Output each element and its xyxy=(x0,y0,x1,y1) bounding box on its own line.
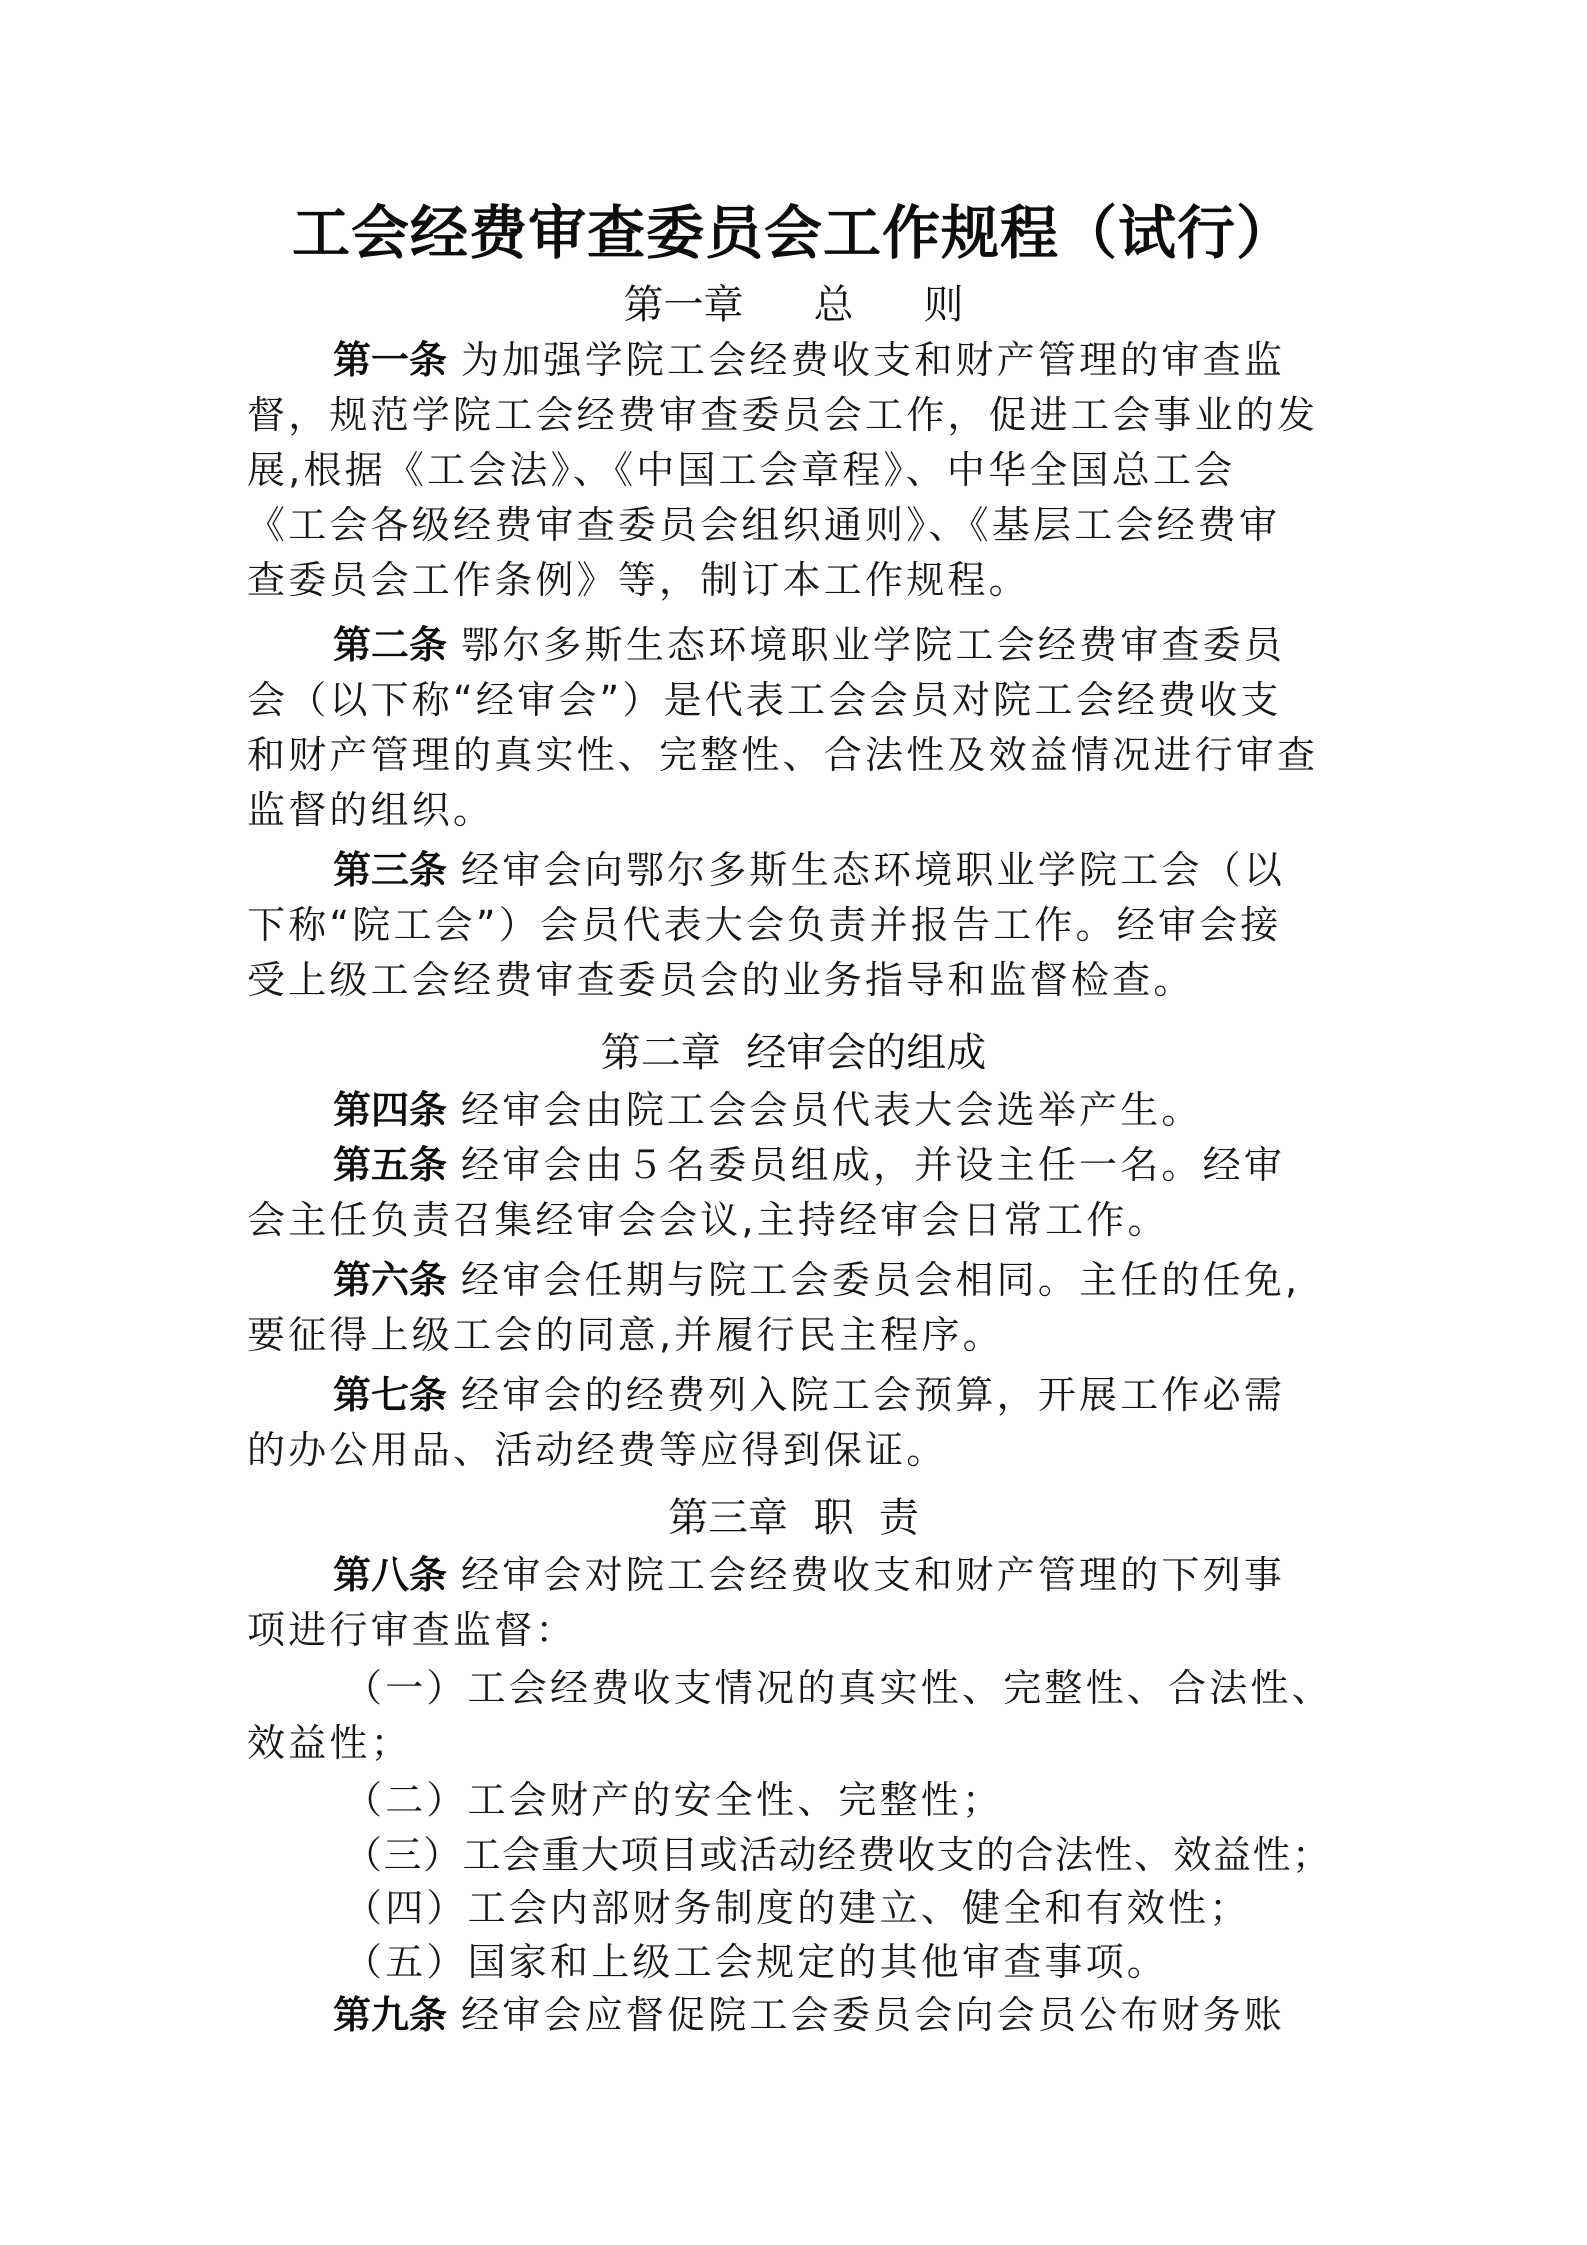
article-3-text: 经审会向鄂尔多斯生态环境职业学院工会（以 xyxy=(461,848,1285,892)
article-2-number: 第二条 xyxy=(333,623,447,667)
article-9-line-1: 第九条经审会应督促院工会委员会向会员公布财务账 xyxy=(333,1985,1443,2045)
article-5-number: 第五条 xyxy=(333,1143,447,1187)
document-page: 工会经费审查委员会工作规程（试行） 第一章总则 第一条为加强学院工会经费收支和财… xyxy=(0,0,1587,2245)
article-6-line-2: 要征得上级工会的同意,并履行民主程序。 xyxy=(247,1305,1357,1365)
article-3-number: 第三条 xyxy=(333,848,447,892)
article-3-line-3: 受上级工会经费审查委员会的业务指导和监督检查。 xyxy=(247,950,1357,1010)
article-2-line-4: 监督的组织。 xyxy=(247,780,1357,840)
article-2-line-2: 会（以下称“经审会”）是代表工会会员对院工会经费收支 xyxy=(247,670,1357,730)
article-7-line-1: 第七条经审会的经费列入院工会预算，开展工作必需 xyxy=(333,1365,1443,1425)
article-8-item-4: （四）工会内部财务制度的建立、健全和有效性； xyxy=(344,1878,1454,1938)
chapter-1-heading: 第一章总则 xyxy=(0,280,1587,330)
article-9-number: 第九条 xyxy=(333,1993,447,2037)
article-1-line-3: 展,根据《工会法》、《中国工会章程》、中华全国总工会 xyxy=(247,440,1357,500)
chapter-1-number: 第一章 xyxy=(624,282,744,328)
article-8-number: 第八条 xyxy=(333,1553,447,1597)
article-5-line-1: 第五条经审会由５名委员组成，并设主任一名。经审 xyxy=(333,1135,1443,1195)
article-4-text: 经审会由院工会会员代表大会选举产生。 xyxy=(461,1088,1203,1132)
article-8-line-1: 第八条经审会对院工会经费收支和财产管理的下列事 xyxy=(333,1545,1443,1605)
article-1-line-4: 《工会各级经费审查委员会组织通则》、《基层工会经费审 xyxy=(247,495,1357,555)
article-8-item-1-line-2: 效益性； xyxy=(247,1713,1357,1773)
chapter-1-title-part-1: 总 xyxy=(814,282,854,328)
article-4-line-1: 第四条经审会由院工会会员代表大会选举产生。 xyxy=(333,1080,1443,1140)
article-8-line-2: 项进行审查监督： xyxy=(247,1600,1357,1660)
article-8-item-1-line-1: （一）工会经费收支情况的真实性、完整性、合法性、 xyxy=(344,1658,1454,1718)
article-1-number: 第一条 xyxy=(333,338,447,382)
article-7-line-2: 的办公用品、活动经费等应得到保证。 xyxy=(247,1420,1357,1480)
article-8-item-5: （五）国家和上级工会规定的其他审查事项。 xyxy=(344,1932,1454,1992)
chapter-2-heading: 第二章 经审会的组成 xyxy=(0,1028,1587,1078)
article-6-number: 第六条 xyxy=(333,1258,447,1302)
article-1-text: 为加强学院工会经费收支和财产管理的审查监 xyxy=(461,338,1285,382)
article-6-text: 经审会任期与院工会委员会相同。主任的任免, xyxy=(461,1258,1300,1302)
article-8-item-2: （二）工会财产的安全性、完整性； xyxy=(344,1770,1454,1830)
article-5-line-2: 会主任负责召集经审会会议,主持经审会日常工作。 xyxy=(247,1190,1357,1250)
article-3-line-1: 第三条经审会向鄂尔多斯生态环境职业学院工会（以 xyxy=(333,840,1443,900)
article-8-item-3: （三）工会重大项目或活动经费收支的合法性、效益性； xyxy=(344,1825,1454,1885)
article-2-line-1: 第二条鄂尔多斯生态环境职业学院工会经费审查委员 xyxy=(333,615,1443,675)
article-2-line-3: 和财产管理的真实性、完整性、合法性及效益情况进行审查 xyxy=(247,725,1357,785)
article-7-number: 第七条 xyxy=(333,1373,447,1417)
article-1-line-2: 督，规范学院工会经费审查委员会工作，促进工会事业的发 xyxy=(247,385,1357,445)
chapter-1-title-part-2: 则 xyxy=(924,282,964,328)
article-9-text: 经审会应督促院工会委员会向会员公布财务账 xyxy=(461,1993,1285,2037)
article-3-line-2: 下称“院工会”）会员代表大会负责并报告工作。经审会接 xyxy=(247,895,1357,955)
article-1-line-1: 第一条为加强学院工会经费收支和财产管理的审查监 xyxy=(333,330,1443,390)
article-8-text: 经审会对院工会经费收支和财产管理的下列事 xyxy=(461,1553,1285,1597)
article-6-line-1: 第六条经审会任期与院工会委员会相同。主任的任免, xyxy=(333,1250,1443,1310)
article-2-text: 鄂尔多斯生态环境职业学院工会经费审查委员 xyxy=(461,623,1285,667)
chapter-3-heading: 第三章 职 责 xyxy=(0,1493,1587,1543)
article-4-number: 第四条 xyxy=(333,1088,447,1132)
article-7-text: 经审会的经费列入院工会预算，开展工作必需 xyxy=(461,1373,1285,1417)
article-1-line-5: 查委员会工作条例》等，制订本工作规程。 xyxy=(247,550,1357,610)
article-5-text: 经审会由５名委员组成，并设主任一名。经审 xyxy=(461,1143,1285,1187)
document-title: 工会经费审查委员会工作规程（试行） xyxy=(0,198,1587,268)
